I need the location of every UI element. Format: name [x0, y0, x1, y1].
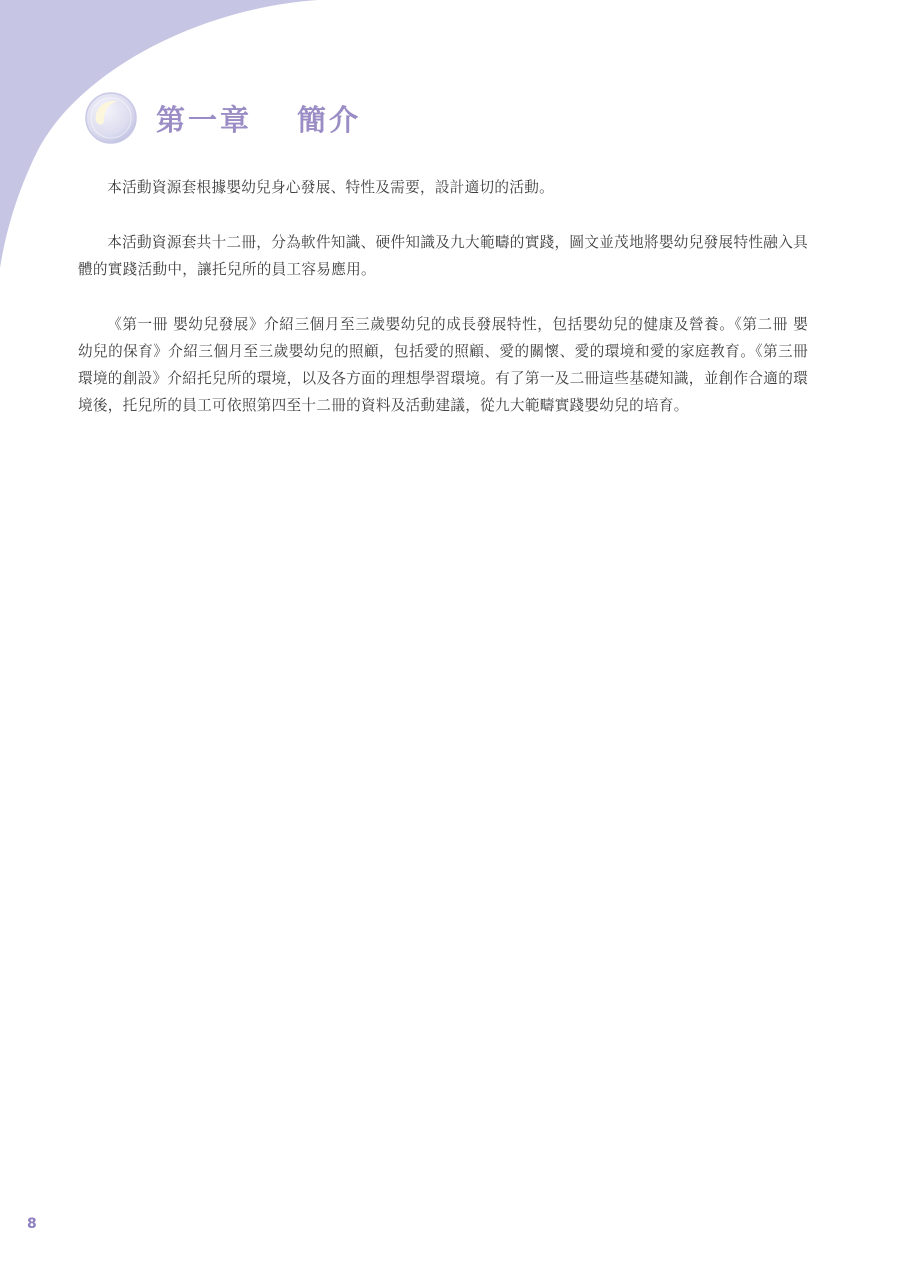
paragraph-volumes: 《第一冊 嬰幼兒發展》介紹三個月至三歲嬰幼兒的成長發展特性，包括嬰幼兒的健康及營…: [78, 311, 808, 419]
sphere-bullet-icon: [84, 91, 138, 145]
chapter-header: 第一章 簡介: [84, 90, 361, 146]
paragraph-overview: 本活動資源套共十二冊，分為軟件知識、硬件知識及九大範疇的實踐，圖文並茂地將嬰幼兒…: [78, 229, 808, 283]
body-text: 本活動資源套根據嬰幼兒身心發展、特性及需要，設計適切的活動。 本活動資源套共十二…: [78, 174, 808, 447]
chapter-title: 第一章 簡介: [156, 98, 361, 139]
page-number: 8: [27, 1216, 37, 1232]
paragraph-intro: 本活動資源套根據嬰幼兒身心發展、特性及需要，設計適切的活動。: [78, 174, 808, 201]
